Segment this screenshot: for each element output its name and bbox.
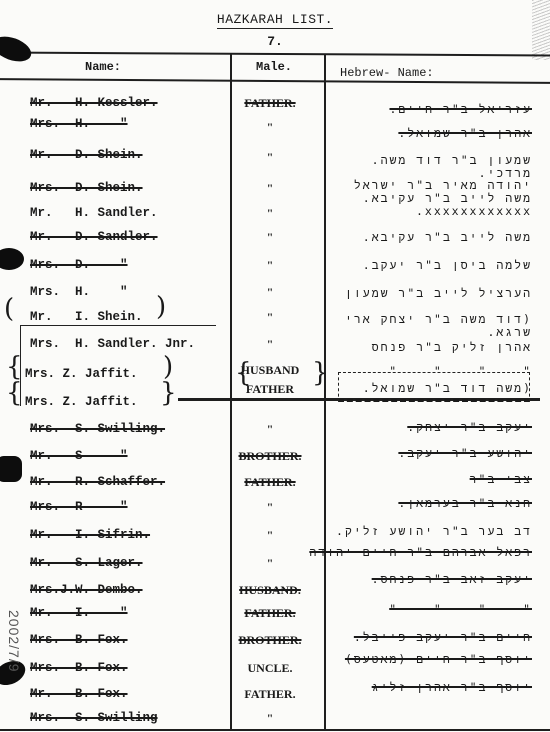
row-hebrew-name: יוסף ב"ר חיים (מאטעס) [345, 652, 532, 667]
row-hebrew-name: יוסף ב"ר אהרן זליג [372, 680, 532, 695]
row-name: Mrs. B. Fox. [30, 633, 128, 647]
row-relation: HUSBAND [225, 363, 315, 378]
row-name: Mr. R. Schaffer. [30, 475, 165, 489]
title-text: HAZKARAH LIST. [217, 12, 333, 29]
row-name: Mrs. B. Fox. [30, 661, 128, 675]
row-name: Mrs. S. Swilling [30, 711, 158, 725]
table-top-rule [0, 52, 550, 56]
page-number: 7. [0, 34, 550, 49]
bracket-open: ( [4, 296, 14, 322]
row-relation: FATHER. [225, 96, 315, 111]
row-relation: BROTHER. [225, 449, 315, 464]
row-hebrew-name: " " " " [389, 602, 532, 616]
column-header-relation: Male. [256, 60, 292, 74]
row-relation: " [225, 285, 315, 300]
row-hebrew-name: דב בער ב"ר יהושע זליק. [336, 524, 532, 539]
row-relation: " [225, 120, 315, 135]
row-name: Mrs. S. Swilling. [30, 422, 165, 436]
row-relation: " [225, 230, 315, 245]
row-hebrew-name: יהושע ב"ר יעקב. [398, 446, 532, 461]
row-name: Mr. S " [30, 449, 128, 463]
row-name: Mrs. H. " [30, 117, 128, 131]
row-name: Mr. B. Fox. [30, 687, 128, 701]
row-hebrew-name: עזריאל ב"ר חיים. [389, 102, 532, 117]
row-name: Mrs. H. " [30, 285, 128, 299]
row-relation: BROTHER. [225, 633, 315, 648]
row-name: Mr. I. " [30, 606, 128, 620]
column-divider-2 [324, 54, 326, 730]
row-hebrew-name: צבי ב"ר [470, 472, 532, 487]
row-name: Mr. D. Shein. [30, 148, 143, 162]
row-relation: UNCLE. [225, 661, 315, 676]
document-page: HAZKARAH LIST. 7. Name: Male. Hebrew- Na… [0, 0, 550, 732]
row-relation: FATHER. [225, 687, 315, 702]
annotation-underline [178, 398, 328, 401]
row-hebrew-name: חיים ב"ר יעקב פייבל. [354, 630, 532, 645]
ink-blot [0, 248, 24, 270]
row-hebrew-name: משה לייב ב"ר עקיבא. [363, 230, 532, 245]
row-relation: " [225, 556, 315, 571]
document-title: HAZKARAH LIST. [0, 12, 550, 27]
row-hebrew-name: הערציל לייב ב"ר שמעון [345, 286, 532, 301]
row-hebrew-name: יעקב ב"ר יצחק. [407, 420, 532, 435]
table-bottom-rule [0, 729, 550, 731]
date-stamp: 2002/7/9 [6, 610, 22, 673]
row-name: Mr. D. Sandler. [30, 230, 158, 244]
column-header-hebrew: Hebrew- Name: [340, 66, 434, 80]
row-hebrew-name: יעקב זאב ב"ר פנחס. [372, 572, 532, 587]
row-relation: FATHER [225, 382, 315, 397]
row-relation: " [225, 528, 315, 543]
row-name: Mrs. Z. Jaffit. [25, 395, 138, 409]
row-name: Mrs. Z. Jaffit. [25, 367, 138, 381]
ink-blot [0, 456, 22, 482]
row-relation: " [225, 150, 315, 165]
row-name: Mrs. R " [30, 500, 128, 514]
row-relation: FATHER. [225, 606, 315, 621]
row-name: Mr. S. Lager. [30, 556, 143, 570]
row-relation: " [225, 422, 315, 437]
row-hebrew-name: שלמה ביסן ב"ר יעקב. [363, 258, 532, 273]
row-relation: " [225, 258, 315, 273]
row-relation: " [225, 181, 315, 196]
row-hebrew-name-continued: xxxxxxxxxxxx. [416, 204, 532, 218]
row-name: Mr. I. Shein. [30, 310, 143, 324]
row-hebrew-name: אהרן זליק ב"ר פנחס [372, 340, 532, 355]
row-relation: " [225, 337, 315, 352]
row-hebrew-name: " " " " [389, 364, 532, 378]
row-name: Mr. I. Sifrin. [30, 528, 150, 542]
row-relation: " [225, 711, 315, 726]
row-name: Mrs. D. " [30, 258, 128, 272]
column-header-name: Name: [85, 60, 121, 74]
row-relation: " [225, 310, 315, 325]
row-relation: HUSBAND. [225, 583, 315, 598]
row-hebrew-name: אהרן ב"ר שמואל. [398, 126, 532, 141]
row-relation: " [225, 206, 315, 221]
row-relation: FATHER. [225, 475, 315, 490]
row-name: Mrs.J.W. Dembo. [30, 583, 143, 597]
row-hebrew-name: חנא ב"ר בערמאן. [398, 496, 532, 511]
row-hebrew-name: (משה דוד ב"ר שמואל. [363, 381, 532, 396]
row-name: Mrs. D. Shein. [30, 181, 143, 195]
header-bottom-rule [0, 78, 550, 83]
scan-edge-noise [532, 0, 550, 60]
bracket-close: ) [156, 294, 166, 320]
row-name: Mr. H. Sandler. [30, 206, 158, 220]
row-hebrew-name-continued: שרגא. [487, 325, 532, 340]
row-hebrew-name: רפאל אברהם ב"ר חיים יהודה [309, 545, 532, 560]
row-name: Mr. H. Kessler. [30, 96, 158, 110]
row-relation: " [225, 500, 315, 515]
row-name: Mrs. H. Sandler. Jnr. [30, 337, 195, 351]
